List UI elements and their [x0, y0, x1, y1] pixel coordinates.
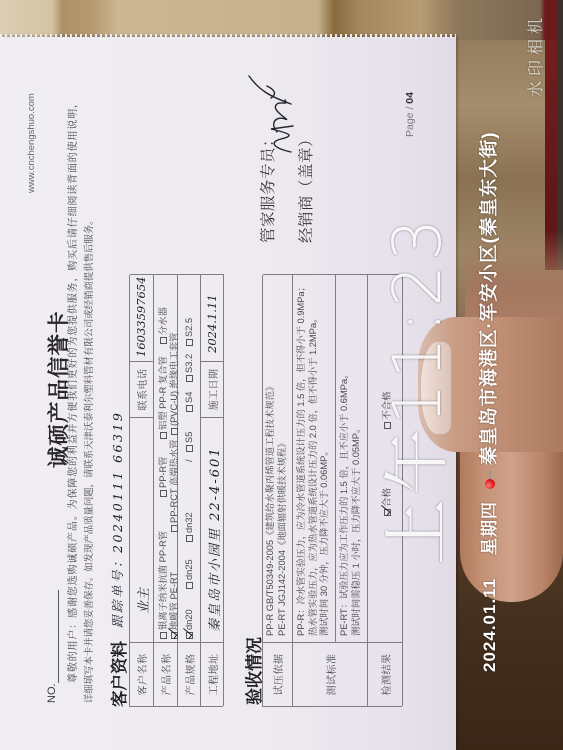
- watermark-time: 上午11:23: [380, 215, 456, 565]
- spec-option-label: S5: [184, 432, 194, 443]
- spec-option: dn32: [184, 512, 194, 542]
- checkbox-icon: [186, 632, 193, 639]
- spec-option: dn20: [184, 609, 194, 639]
- serial-number-label: NO.: [46, 683, 58, 703]
- map-pin-head: [485, 479, 495, 489]
- checkbox-icon: [171, 525, 178, 532]
- test-standard-line: 测试时间需稳压 1 小时，压力降不应大于 0.05MP。: [351, 424, 363, 636]
- test-result-label: 检测结果: [368, 642, 403, 706]
- test-standard-line: PP-R：冷水管实验压力，应为冷水管道系统设计压力的 1.5 倍，但不得小于 0…: [296, 282, 308, 636]
- checkbox-icon: [171, 632, 178, 639]
- spec-option-label: S3.2: [184, 354, 194, 373]
- intro-text-line-1: 尊敬的用户：感谢您选购诚硕产品。为保障您的利益并方便我们更好的为您提供服务，购买…: [64, 97, 79, 683]
- dealer-stamp-label: 经销商（盖章）: [294, 131, 316, 243]
- checkbox-icon: [186, 405, 193, 412]
- spec-option: S3.2: [184, 354, 194, 382]
- construction-date-value: 2024.1.11: [205, 294, 219, 353]
- test-standard-line: 热水管实验压力，应为热水管道系统设计压力的 2.0 倍，但不得小于 1.2MPa…: [308, 314, 320, 636]
- test-standard-line: PE-RT：试验压力应为工作压力的 1.5 倍，且不应小于 0.6MPa。: [339, 370, 351, 636]
- test-basis-line: PE-RT JGJ142-2004《地面辐射供暖技术规程》: [277, 438, 289, 636]
- spec-option-label: dn32: [184, 512, 194, 533]
- checkbox-icon: [186, 339, 193, 346]
- test-standard-label: 测试标准: [293, 642, 368, 706]
- phone-value: 16033597654: [134, 277, 148, 357]
- test-basis-line: PP-R GB/T50349-2005《建筑给水聚丙烯管道工程技术规范》: [265, 382, 277, 636]
- watermark-weekday: 星期四: [480, 501, 500, 555]
- spec-option: S4: [184, 392, 194, 412]
- map-pin-icon: [484, 469, 496, 489]
- watermark-date: 2024.01.11: [480, 578, 500, 672]
- spec-option-label: dn25: [184, 559, 194, 580]
- checkbox-icon: [186, 445, 193, 452]
- product-options-cell: 银离子纳米抗菌 PP-R管 PP-R管 铝塑 PP-R 复合管 分水器 地暖管 …: [154, 274, 178, 642]
- customer-name-value: 业主: [133, 588, 152, 614]
- signature: [247, 74, 301, 156]
- serial-number-blank-line: [58, 590, 59, 683]
- spec-separator: /: [184, 459, 194, 462]
- checkbox-icon: [186, 582, 193, 589]
- construction-date-label: 施工日期: [201, 361, 224, 417]
- page-label: Page /: [404, 107, 416, 137]
- spec-option-label: dn20: [184, 609, 194, 630]
- customer-name-label: 客户名称: [130, 642, 154, 706]
- test-standard-ppr-cell: PP-R：冷水管实验压力，应为冷水管道系统设计压力的 1.5 倍，但不得小于 0…: [293, 274, 336, 642]
- product-spec-cell: dn20 dn25 dn32 / S5 S4 S3.2 S2.5: [178, 274, 201, 642]
- project-address-value: 秦皇岛市小园里 22-4-601: [204, 446, 223, 632]
- construction-date-cell: 2024.1.11: [201, 274, 224, 361]
- spec-option: dn25: [184, 559, 194, 589]
- phone-cell: 16033597654: [130, 274, 154, 361]
- checkbox-icon: [186, 375, 193, 382]
- project-address-cell: 秦皇岛市小园里 22-4-601: [201, 417, 224, 642]
- spec-option: S5: [184, 432, 194, 452]
- website-url: www.cnchengshuo.com: [26, 93, 37, 193]
- spec-option-label: S4: [184, 392, 194, 403]
- test-basis-label: 试压依据: [263, 642, 293, 706]
- product-name-label: 产品名称: [154, 642, 178, 706]
- watermark-app-label: 水印相机: [523, 13, 546, 97]
- spec-option-label: S2.5: [184, 318, 194, 337]
- intro-text-line-2: 详细填写本卡并请您妥善保存。如发现产品质量问题，请联系天津沃泰利尔塑料管材有限公…: [81, 215, 95, 703]
- index-finger: [460, 427, 563, 602]
- checkbox-icon: [186, 535, 193, 542]
- watermark-location: 秦皇岛市海港区·军安小区(秦皇东大街): [479, 132, 499, 465]
- product-option-label: 分水器: [158, 307, 168, 335]
- test-standard-pert-cell: PE-RT：试验压力应为工作压力的 1.5 倍，且不应小于 0.6MPa。 测试…: [336, 274, 368, 642]
- customer-name-cell: 业主: [130, 417, 154, 642]
- spec-option: S2.5: [184, 318, 194, 346]
- handwritten-tracking-note: 跟踪单号：20240111 66319: [108, 411, 126, 628]
- test-standard-line: 测试时间 30 分钟，压力降不应大于 0.06MP。: [319, 446, 331, 636]
- phone-label: 联系电话: [130, 361, 154, 417]
- page-indicator: Page / 04: [404, 92, 416, 137]
- product-spec-label: 产品规格: [178, 642, 201, 706]
- customer-info-table: 客户名称 业主 联系电话 16033597654 产品名称 银离子纳米抗菌 PP…: [129, 275, 223, 707]
- checkbox-icon: [171, 428, 178, 435]
- photo-stage: www.cnchengshuo.com 诚硕产品信誉卡 NO. 尊敬的用户：感谢…: [0, 0, 563, 750]
- page-number: 04: [404, 92, 416, 104]
- customer-section-heading: 客户资料: [106, 641, 130, 707]
- test-basis-cell: PP-R GB/T50349-2005《建筑给水聚丙烯管道工程技术规范》 PE-…: [263, 274, 293, 642]
- project-address-label: 工程地址: [201, 642, 224, 706]
